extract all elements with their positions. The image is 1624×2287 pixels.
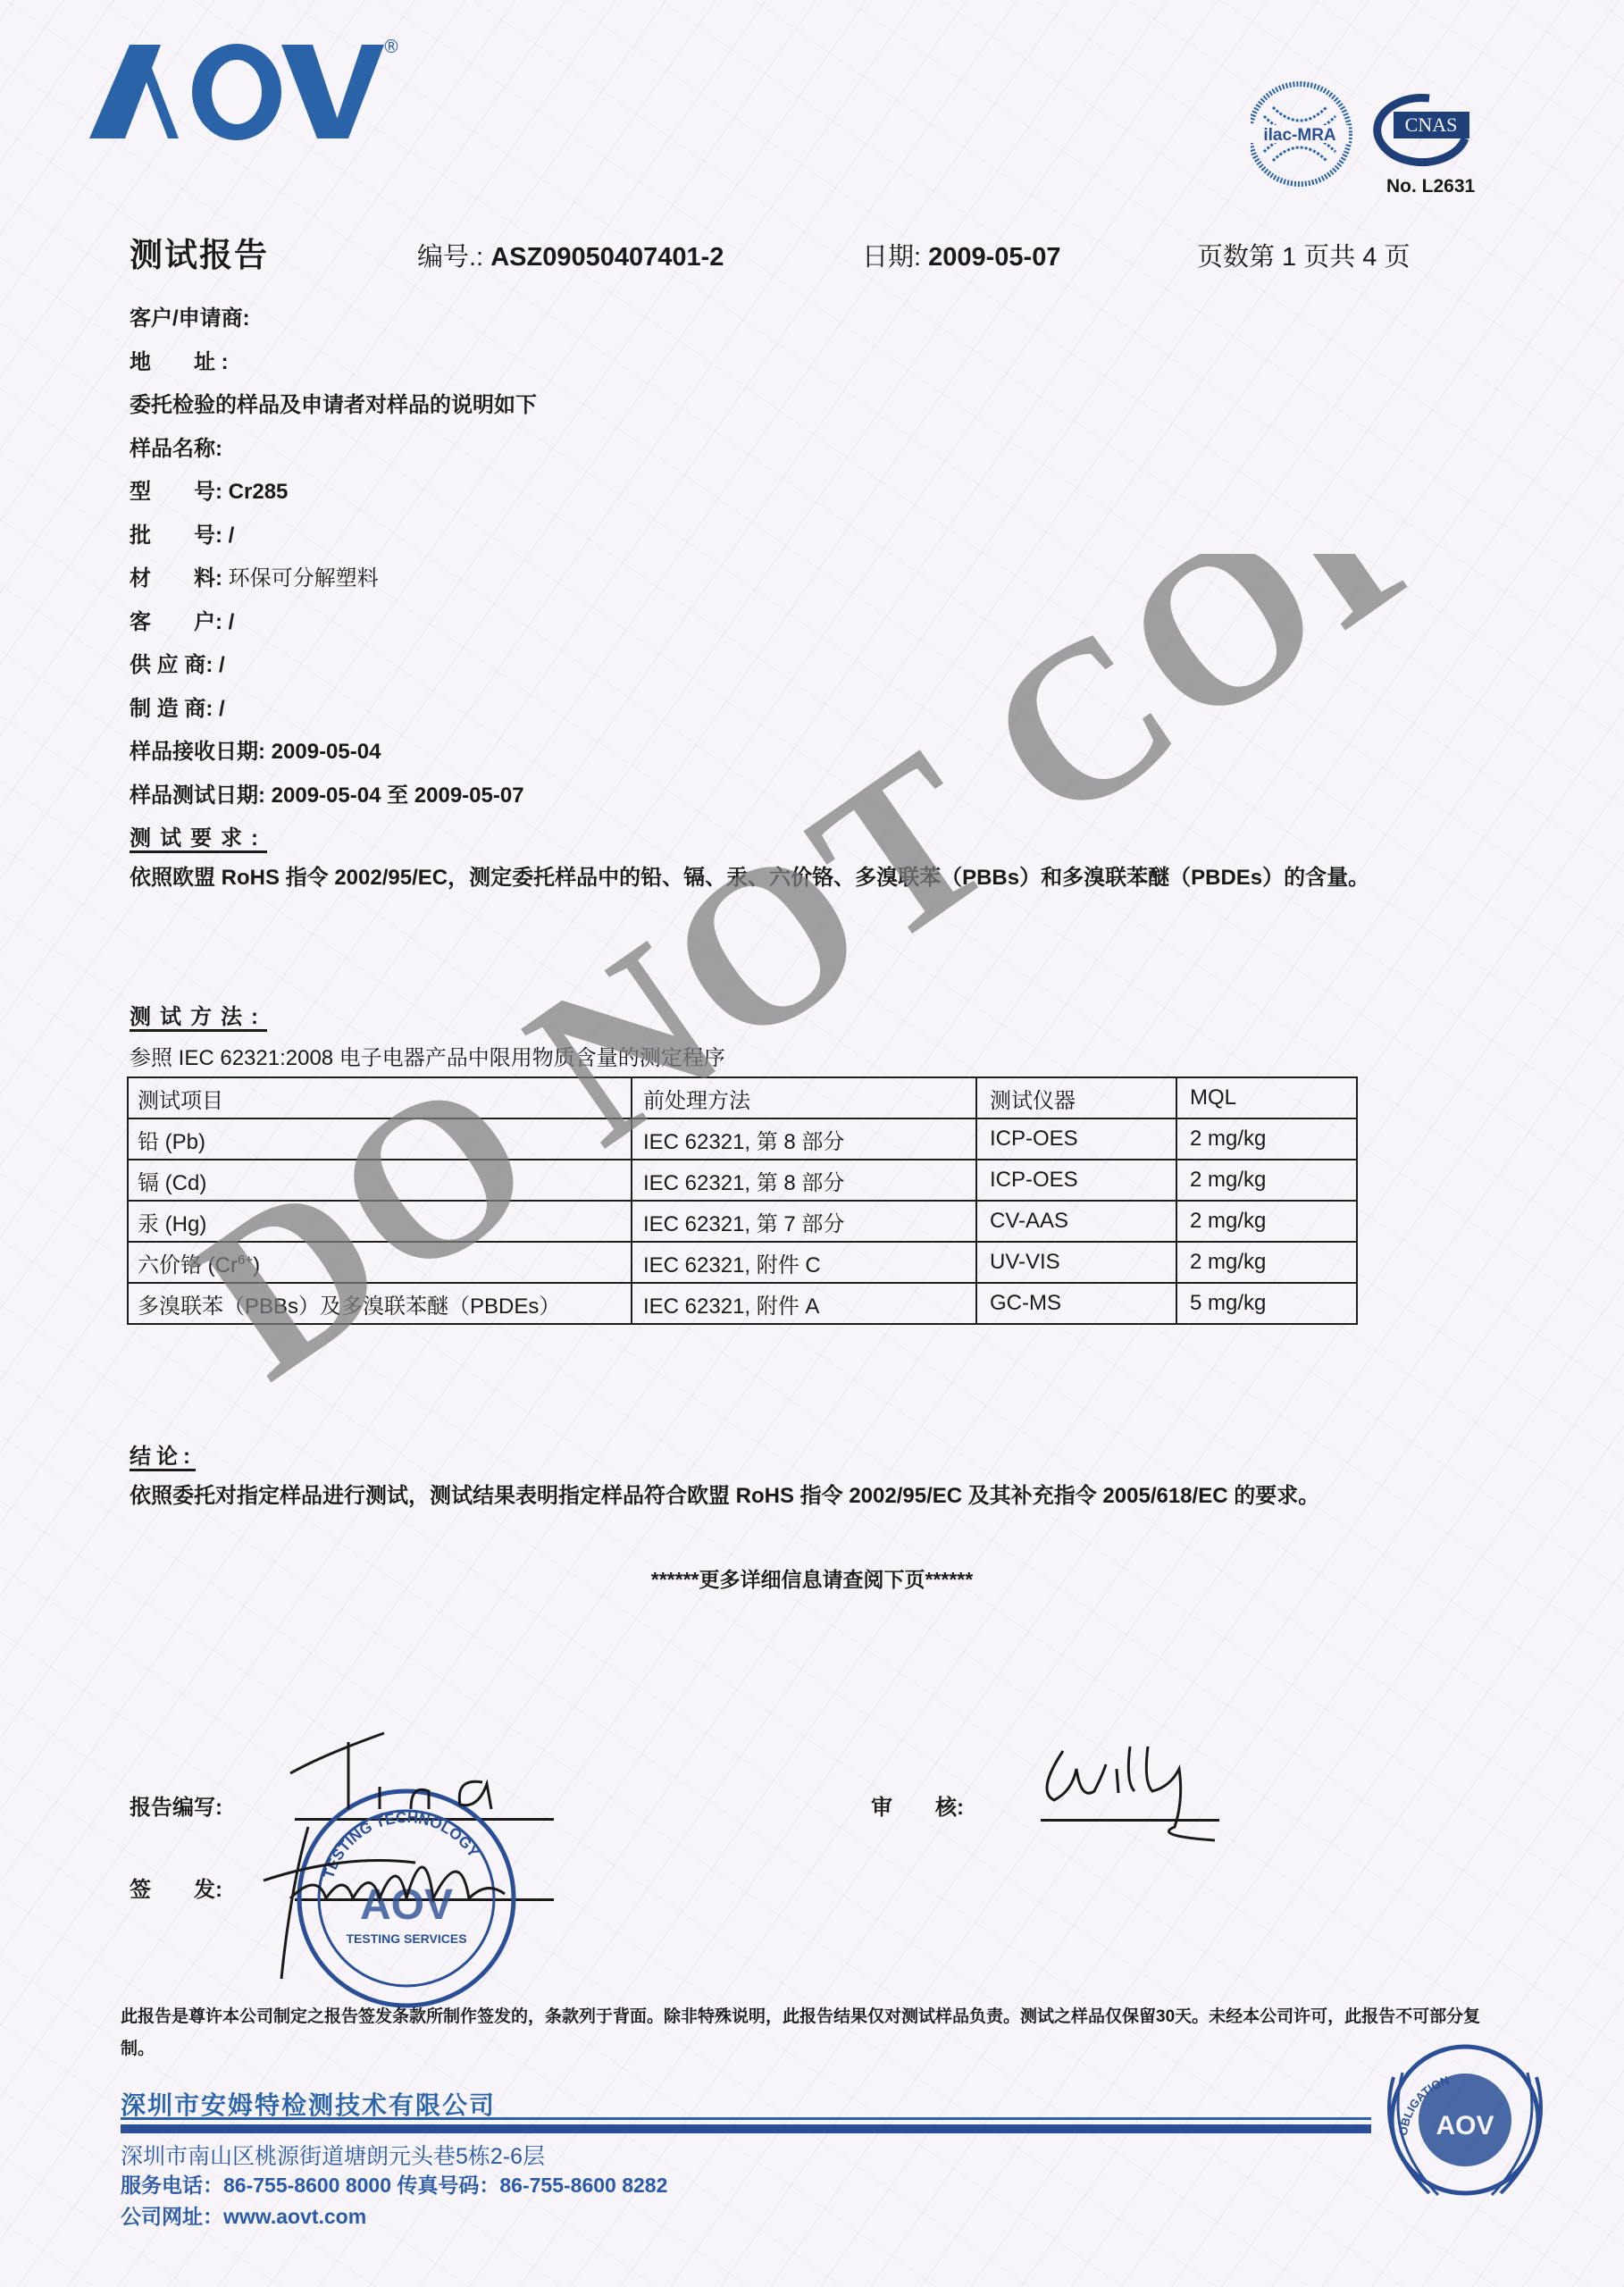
field-sample-description: 委托检验的样品及申请者对样品的说明如下 (130, 384, 537, 428)
column-header-pretreatment: 前处理方法 (632, 1077, 976, 1118)
svg-text:TESTING SERVICES: TESTING SERVICES (346, 1931, 466, 1946)
table-row: 铅 (Pb) IEC 62321, 第 8 部分 ICP-OES 2 mg/kg (128, 1118, 1357, 1160)
issued-by-line (295, 1898, 554, 1901)
field-sample-name: 样品名称: (130, 428, 537, 472)
reviewed-by-label: 审 核: (871, 1789, 964, 1821)
svg-text:AOV: AOV (360, 1881, 453, 1929)
table-row: 六价铬 (Cr6+) IEC 62321, 附件 C UV-VIS 2 mg/k… (128, 1242, 1357, 1283)
reviewed-by-line (1041, 1819, 1219, 1822)
page-title: 测试报告 (130, 228, 269, 276)
signature-willy (1036, 1738, 1251, 1845)
svg-text:ilac-MRA: ilac-MRA (1263, 126, 1336, 145)
test-method-table: 测试项目 前处理方法 测试仪器 MQL 铅 (Pb) IEC 62321, 第 … (127, 1076, 1358, 1325)
table-row: 镉 (Cd) IEC 62321, 第 8 部分 ICP-OES 2 mg/kg (128, 1160, 1357, 1201)
report-date-label: 日期: (862, 243, 921, 272)
aov-logo (89, 40, 384, 143)
report-title-row: 测试报告 编号.: ASZ09050407401-2 日期: 2009-05-0… (130, 228, 1535, 272)
page-info: 页数第 1 页共 4 页 (1197, 237, 1411, 273)
field-batch: 批 号: / (130, 515, 537, 558)
table-row: 多溴联苯（PBBs）及多溴联苯醚（PBDEs） IEC 62321, 附件 A … (128, 1283, 1357, 1324)
field-material: 材 料: 环保可分解塑料 (130, 557, 537, 601)
cnas-logo: CNAS (1377, 98, 1469, 163)
field-customer: 客 户: / (130, 601, 537, 645)
field-test-date: 样品测试日期: 2009-05-04 至 2009-05-07 (130, 775, 537, 818)
sample-fields: 客户/申请商: 地 址 : 委托检验的样品及申请者对样品的说明如下 样品名称: … (130, 297, 537, 817)
field-client: 客户/申请商: (130, 297, 537, 341)
field-model: 型 号: Cr285 (130, 471, 537, 515)
report-number-value: ASZ09050407401-2 (490, 243, 724, 272)
aov-emblem-icon: OBLIGATION AOV (1376, 2041, 1554, 2211)
svg-text:CNAS: CNAS (1405, 113, 1458, 136)
field-address: 地 址 : (130, 341, 537, 385)
column-header-instrument: 测试仪器 (976, 1077, 1176, 1118)
company-website: 公司网址：www.aovt.com (121, 2200, 366, 2230)
signature-issuer (255, 1818, 540, 1997)
field-received-date: 样品接收日期: 2009-05-04 (130, 731, 537, 775)
company-phone: 服务电话：86-755-8600 8000 传真号码：86-755-8600 8… (121, 2169, 667, 2199)
company-address: 深圳市南山区桃源街道塘朗元头巷5栋2-6层 (121, 2139, 545, 2171)
field-supplier: 供 应 商: / (130, 644, 537, 688)
column-header-mql: MQL (1176, 1077, 1357, 1118)
column-header-item: 测试项目 (128, 1077, 632, 1118)
company-name: 深圳市安姆特检测技术有限公司 (121, 2086, 496, 2122)
more-info-note: ******更多详细信息请查阅下页****** (0, 1563, 1624, 1593)
prepared-by-label: 报告编写: (130, 1789, 222, 1821)
report-date: 日期: 2009-05-07 (862, 237, 1060, 273)
footer-rule-thin (121, 2117, 1371, 2120)
requirements-text: 依照欧盟 RoHS 指令 2002/95/EC，测定委托样品中的铅、镉、汞、六价… (130, 856, 1523, 901)
conclusion-text: 依照委托对指定样品进行测试，测试结果表明指定样品符合欧盟 RoHS 指令 200… (130, 1474, 1559, 1519)
disclaimer-text: 此报告是尊许本公司制定之报告签发条款所制作签发的，条款列于背面。除非特殊说明，此… (121, 2001, 1514, 2065)
table-row: 汞 (Hg) IEC 62321, 第 7 部分 CV-AAS 2 mg/kg (128, 1201, 1357, 1242)
prepared-by-line (295, 1818, 554, 1821)
method-reference: 参照 IEC 62321:2008 电子电器产品中限用物质含量的测定程序 (130, 1036, 725, 1081)
field-manufacturer: 制 造 商: / (130, 688, 537, 732)
method-heading: 测试方法: (130, 999, 267, 1030)
ilac-mra-logo: ilac-MRA (1251, 84, 1350, 184)
issued-by-label: 签 发: (130, 1872, 222, 1903)
registered-mark: ® (382, 36, 400, 57)
table-header-row: 测试项目 前处理方法 测试仪器 MQL (128, 1077, 1357, 1118)
requirements-heading: 测试要求: (130, 820, 267, 851)
report-date-value: 2009-05-07 (928, 243, 1060, 272)
report-number: 编号.: ASZ09050407401-2 (417, 237, 724, 273)
svg-text:AOV: AOV (1436, 2111, 1494, 2140)
cnas-number: No. L2631 (1386, 176, 1475, 197)
conclusion-heading: 结论: (130, 1438, 196, 1470)
footer-rule-thick (121, 2124, 1371, 2133)
report-number-label: 编号.: (417, 243, 483, 272)
signature-tina (286, 1720, 536, 1827)
